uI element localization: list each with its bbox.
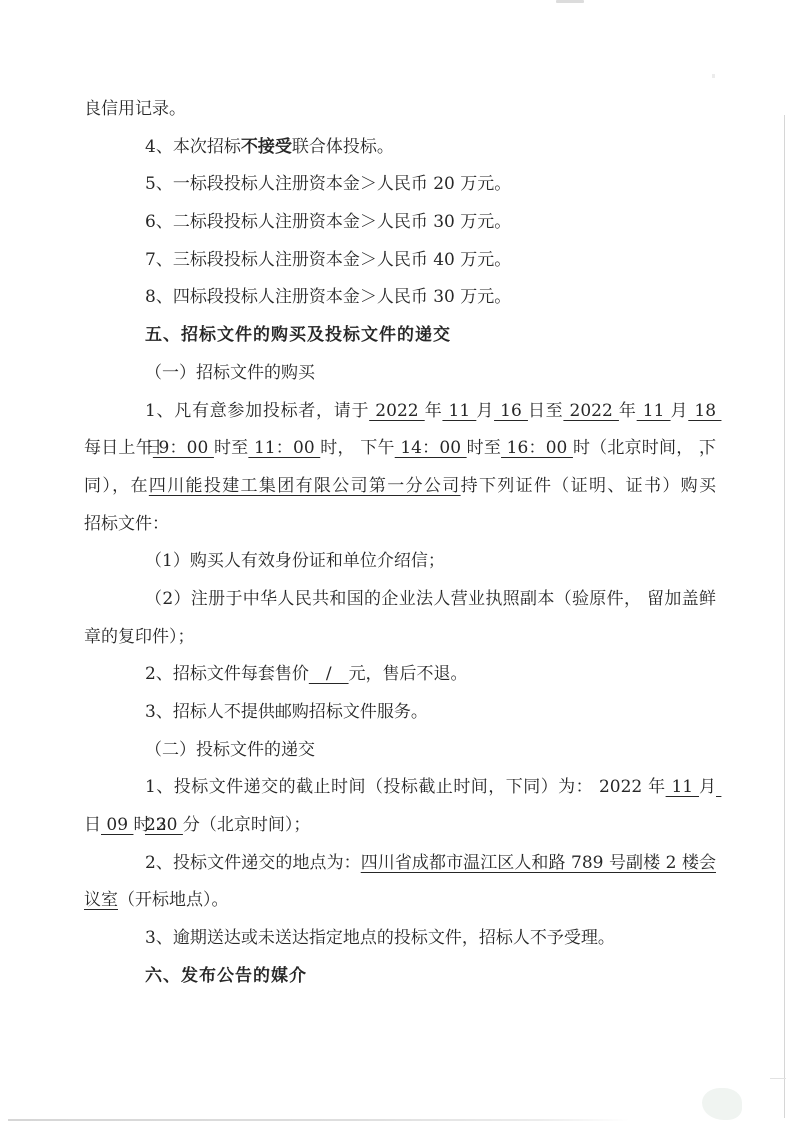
text-run: 持下列证件（证明、证书）购买	[461, 476, 716, 496]
line-submission-address: 2、投标文件递交的地点为：四川省成都市温江区人和路 789 号副楼 2 楼会	[84, 845, 716, 883]
line-purchase-place: 同），在四川能投建工集团有限公司第一分公司持下列证件（证明、证书）购买	[84, 468, 716, 506]
line-deadline-2: 日 09 时 30 分（北京时间）；	[84, 807, 716, 845]
text-run: （一）招标文件的购买	[145, 363, 315, 383]
scan-artifact-dot	[712, 74, 715, 78]
filled-blank: 16：00	[501, 438, 573, 458]
text-run: 月	[476, 401, 494, 421]
text-run: 分（北京时间）；	[183, 815, 311, 835]
text-run: 六、发布公告的媒介	[145, 966, 307, 986]
text-run: 3、招标人不提供邮购招标文件服务。	[145, 702, 428, 722]
text-run: 6、二标段投标人注册资本金＞人民币 30 万元。	[145, 212, 511, 232]
text-run: 2、投标文件递交的地点为：	[145, 853, 361, 873]
filled-blank: 11：00	[248, 438, 320, 458]
filled-blank: 四川省成都市温江区人和路 789 号副楼 2 楼会	[361, 853, 716, 873]
scan-artifact-right-line	[784, 115, 785, 1118]
text-run: （二）投标文件的递交	[145, 740, 315, 760]
text-run: 时， 下午	[320, 438, 394, 458]
text-run: 1、投标文件递交的截止时间（投标截止时间，下同）为： 2022 年	[145, 777, 666, 797]
line-deadline-1: 1、投标文件递交的截止时间（投标截止时间，下同）为： 2022 年 11 月 2…	[84, 769, 716, 807]
text-run: 联合体投标。	[292, 137, 394, 157]
line-credit-record-continuation: 良信用记录。	[84, 91, 716, 129]
line-doc-price: 2、招标文件每套售价 / 元，售后不退。	[84, 656, 716, 694]
heading-section5-purchase-and-submission: 五、招标文件的购买及投标文件的递交	[84, 317, 716, 355]
line-item8-lot4-capital: 8、四标段投标人注册资本金＞人民币 30 万元。	[84, 279, 716, 317]
text-run: 7、三标段投标人注册资本金＞人民币 40 万元。	[145, 250, 511, 270]
text-run: 年	[619, 401, 637, 421]
filled-blank: 14：00	[395, 438, 467, 458]
document-body: 良信用记录。4、本次招标不接受联合体投标。5、一标段投标人注册资本金＞人民币 2…	[84, 91, 716, 996]
line-purchase-dates-1: 1、凡有意参加投标者，请于 2022 年 11 月 16 日至 2022 年 1…	[84, 393, 716, 431]
filled-blank: 18	[688, 401, 721, 421]
text-run: 5、一标段投标人注册资本金＞人民币 20 万元。	[145, 174, 511, 194]
text-run: 同），在	[84, 476, 149, 496]
text-run: 4、本次招标	[145, 137, 241, 157]
text-run: 时	[133, 815, 150, 835]
text-run: 时（北京时间， 下	[573, 438, 716, 458]
filled-blank: /	[309, 664, 349, 684]
emphasized-text: 不接受	[241, 137, 292, 157]
scan-artifact-top-smudge	[556, 0, 584, 3]
text-run: （开标地点）。	[118, 890, 229, 910]
text-run: 章的复印件）；	[84, 627, 195, 647]
line-item7-lot3-capital: 7、三标段投标人注册资本金＞人民币 40 万元。	[84, 242, 716, 280]
filled-blank: 11	[666, 777, 699, 797]
filled-blank: 11	[442, 401, 476, 421]
line-purchase-times: 每日上午 9：00 时至 11：00 时， 下午 14：00 时至 16：00 …	[84, 430, 716, 468]
text-run: （1）购买人有效身份证和单位介绍信；	[145, 551, 445, 571]
scan-artifact-right-tick	[770, 1078, 786, 1079]
text-run: 时至	[467, 438, 501, 458]
text-run: 2、招标文件每套售价	[145, 664, 309, 684]
text-run: 每日上午	[84, 438, 153, 458]
text-run: 1、凡有意参加投标者，请于	[145, 401, 369, 421]
line-submission-address-end: 议室（开标地点）。	[84, 882, 716, 920]
scan-artifact-bottom-line	[8, 1119, 630, 1121]
heading-section6-announcement-media: 六、发布公告的媒介	[84, 958, 716, 996]
text-run: 五、招标文件的购买及投标文件的递交	[145, 325, 451, 345]
line-item4-no-consortium: 4、本次招标不接受联合体投标。	[84, 129, 716, 167]
text-run: 月	[699, 777, 716, 797]
scan-artifact-bottom-blob	[702, 1088, 742, 1120]
line-item6-lot2-capital: 6、二标段投标人注册资本金＞人民币 30 万元。	[84, 204, 716, 242]
filled-blank: 16	[494, 401, 528, 421]
line-subsection1-purchase: （一）招标文件的购买	[84, 355, 716, 393]
text-run: 元，售后不退。	[349, 664, 468, 684]
text-run: 招标文件：	[84, 514, 169, 534]
line-purchase-place-end: 招标文件：	[84, 506, 716, 544]
line-late-delivery-rejected: 3、逾期送达或未送达指定地点的投标文件，招标人不予受理。	[84, 920, 716, 958]
text-run: 日至	[528, 401, 563, 421]
text-run: 3、逾期送达或未送达指定地点的投标文件，招标人不予受理。	[145, 928, 615, 948]
filled-blank: 议室	[84, 890, 118, 910]
filled-blank: 09	[101, 815, 133, 835]
text-run: 月	[671, 401, 689, 421]
text-run: （2）注册于中华人民共和国的企业法人营业执照副本（验原件， 留加盖鲜	[145, 589, 716, 609]
line-subsection2-submission: （二）投标文件的递交	[84, 732, 716, 770]
text-run: 8、四标段投标人注册资本金＞人民币 30 万元。	[145, 287, 511, 307]
line-cert-2-license-end: 章的复印件）；	[84, 619, 716, 657]
text-run: 日	[84, 815, 101, 835]
line-cert-2-license: （2）注册于中华人民共和国的企业法人营业执照副本（验原件， 留加盖鲜	[84, 581, 716, 619]
line-cert-1-id: （1）购买人有效身份证和单位介绍信；	[84, 543, 716, 581]
filled-blank: 30	[150, 815, 182, 835]
filled-blank: 2022	[369, 401, 425, 421]
line-no-mail-order: 3、招标人不提供邮购招标文件服务。	[84, 694, 716, 732]
line-item5-lot1-capital: 5、一标段投标人注册资本金＞人民币 20 万元。	[84, 166, 716, 204]
document-page: 良信用记录。4、本次招标不接受联合体投标。5、一标段投标人注册资本金＞人民币 2…	[0, 0, 794, 1123]
filled-blank: 11	[637, 401, 671, 421]
filled-blank: 四川能投建工集团有限公司第一分公司	[149, 476, 461, 496]
text-run: 年	[425, 401, 443, 421]
filled-blank: 2022	[563, 401, 619, 421]
text-run: 良信用记录。	[84, 99, 186, 119]
filled-blank: 9：00	[153, 438, 214, 458]
text-run: 时至	[214, 438, 248, 458]
